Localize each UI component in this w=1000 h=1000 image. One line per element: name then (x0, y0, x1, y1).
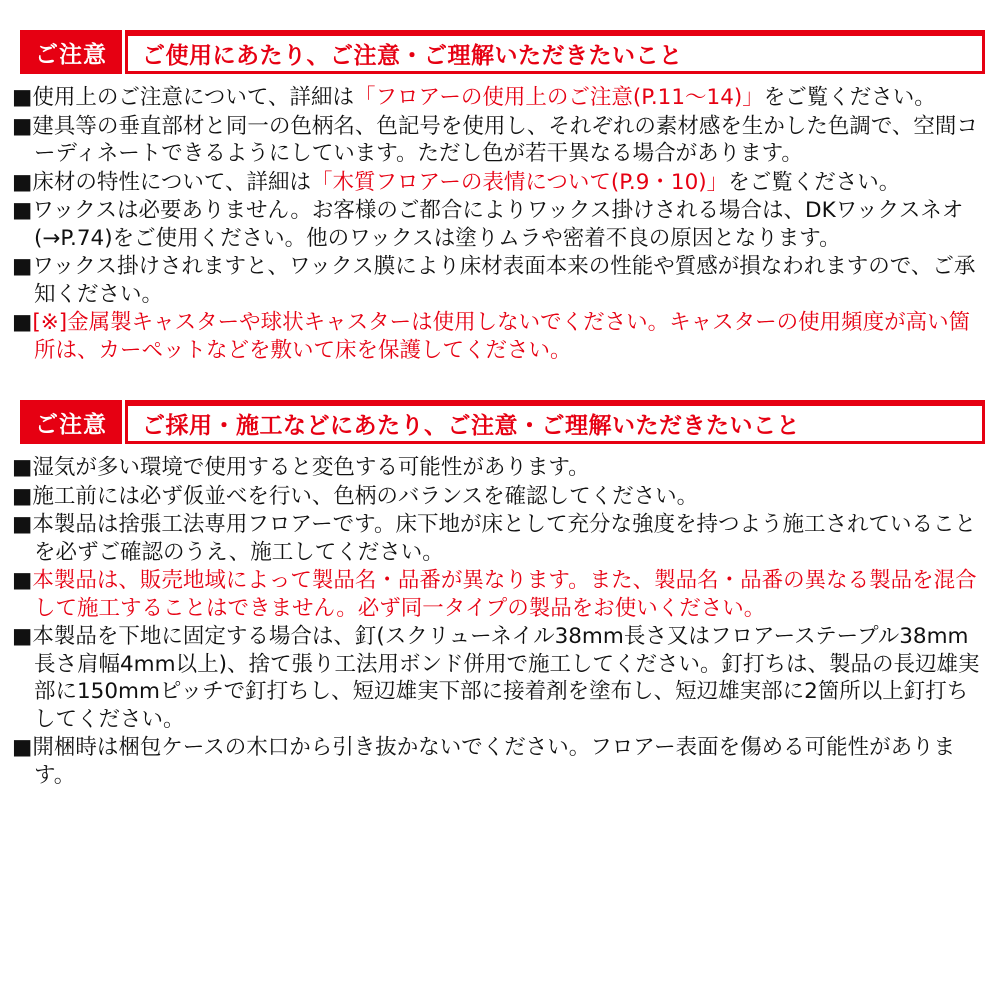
notice-item: ■[※]金属製キャスターや球状キャスターは使用しないでください。キャスターの使用… (12, 309, 985, 364)
notice-item: ■床材の特性について、詳細は「木質フロアーの表情について(P.9・10)」をご覧… (12, 169, 985, 197)
notice-text-segment: ワックスは必要ありません。お客様のご都合によりワックス掛けされる場合は、DKワッ… (32, 198, 963, 251)
notice-item: ■本製品は、販売地域によって製品名・品番が異なります。また、製品名・品番の異なる… (12, 567, 985, 622)
notice-text-segment: 湿気が多い環境で使用すると変色する可能性があります。 (32, 455, 589, 480)
bullet-square-icon: ■ (12, 455, 32, 480)
notice-text-segment: をご覧ください。 (764, 85, 936, 110)
notice-item: ■本製品は捨張工法専用フロアーです。床下地が床として充分な強度を持つよう施工され… (12, 511, 985, 566)
notice-text-segment: ワックス掛けされますと、ワックス膜により床材表面本来の性能や質感が損なわれますの… (32, 254, 975, 307)
usage-caution-list: ■使用上のご注意について、詳細は「フロアーの使用上のご注意(P.11〜14)」を… (12, 84, 985, 364)
bullet-square-icon: ■ (12, 568, 32, 593)
notice-text-segment: [※]金属製キャスターや球状キャスターは使用しないでください。キャスターの使用頻… (32, 310, 970, 363)
catalog-caution-page: ご注意 ご使用にあたり、ご注意・ご理解いただきたいこと ■使用上のご注意について… (0, 0, 1000, 1000)
notice-text-segment: 使用上のご注意について、詳細は (32, 85, 354, 110)
installation-caution-header: ご注意 ご採用・施工などにあたり、ご注意・ご理解いただきたいこと (20, 400, 985, 444)
notice-text-segment: をご覧ください。 (728, 170, 900, 195)
caution-title-box: ご採用・施工などにあたり、ご注意・ご理解いただきたいこと (125, 400, 985, 444)
notice-item: ■開梱時は梱包ケースの木口から引き抜かないでください。フロアー表面を傷める可能性… (12, 734, 985, 789)
notice-text-segment: 本製品は、販売地域によって製品名・品番が異なります。また、製品名・品番の異なる製… (32, 568, 976, 621)
notice-item: ■建具等の垂直部材と同一の色柄名、色記号を使用し、それぞれの素材感を生かした色調… (12, 113, 985, 168)
bullet-square-icon: ■ (12, 85, 32, 110)
notice-text-segment: 床材の特性について、詳細は (32, 170, 311, 195)
caution-title: ご使用にあたり、ご注意・ご理解いただきたいこと (142, 37, 683, 70)
notice-text-segment: 本製品を下地に固定する場合は、釘(スクリューネイル38mm長さ又はフロアーステー… (32, 624, 979, 732)
bullet-square-icon: ■ (12, 624, 32, 649)
bullet-square-icon: ■ (12, 484, 32, 509)
caution-title: ご採用・施工などにあたり、ご注意・ご理解いただきたいこと (142, 407, 800, 440)
caution-title-box: ご使用にあたり、ご注意・ご理解いただきたいこと (125, 30, 985, 74)
caution-label-badge: ご注意 (20, 400, 122, 444)
notice-text-segment: 建具等の垂直部材と同一の色柄名、色記号を使用し、それぞれの素材感を生かした色調で… (32, 114, 978, 167)
installation-caution-section: ご注意 ご採用・施工などにあたり、ご注意・ご理解いただきたいこと ■湿気が多い環… (12, 400, 985, 789)
installation-caution-list: ■湿気が多い環境で使用すると変色する可能性があります。■施工前には必ず仮並べを行… (12, 454, 985, 789)
notice-item: ■本製品を下地に固定する場合は、釘(スクリューネイル38mm長さ又はフロアーステ… (12, 623, 985, 733)
notice-text-segment: 「フロアーの使用上のご注意(P.11〜14)」 (354, 85, 764, 110)
usage-caution-header: ご注意 ご使用にあたり、ご注意・ご理解いただきたいこと (20, 30, 985, 74)
notice-text-segment: 施工前には必ず仮並べを行い、色柄のバランスを確認してください。 (32, 484, 698, 509)
notice-item: ■湿気が多い環境で使用すると変色する可能性があります。 (12, 454, 985, 482)
usage-caution-section: ご注意 ご使用にあたり、ご注意・ご理解いただきたいこと ■使用上のご注意について… (12, 30, 985, 364)
notice-item: ■ワックスは必要ありません。お客様のご都合によりワックス掛けされる場合は、DKワ… (12, 197, 985, 252)
notice-text-segment: 開梱時は梱包ケースの木口から引き抜かないでください。フロアー表面を傷める可能性が… (32, 735, 955, 788)
bullet-square-icon: ■ (12, 310, 32, 335)
bullet-square-icon: ■ (12, 170, 32, 195)
notice-item: ■ワックス掛けされますと、ワックス膜により床材表面本来の性能や質感が損なわれます… (12, 253, 985, 308)
bullet-square-icon: ■ (12, 114, 32, 139)
bullet-square-icon: ■ (12, 254, 32, 279)
bullet-square-icon: ■ (12, 198, 32, 223)
notice-item: ■使用上のご注意について、詳細は「フロアーの使用上のご注意(P.11〜14)」を… (12, 84, 985, 112)
bullet-square-icon: ■ (12, 512, 32, 537)
notice-text-segment: 本製品は捨張工法専用フロアーです。床下地が床として充分な強度を持つよう施工されて… (32, 512, 976, 565)
notice-text-segment: 「木質フロアーの表情について(P.9・10)」 (311, 170, 728, 195)
notice-item: ■施工前には必ず仮並べを行い、色柄のバランスを確認してください。 (12, 483, 985, 511)
caution-label-badge: ご注意 (20, 30, 122, 74)
bullet-square-icon: ■ (12, 735, 32, 760)
